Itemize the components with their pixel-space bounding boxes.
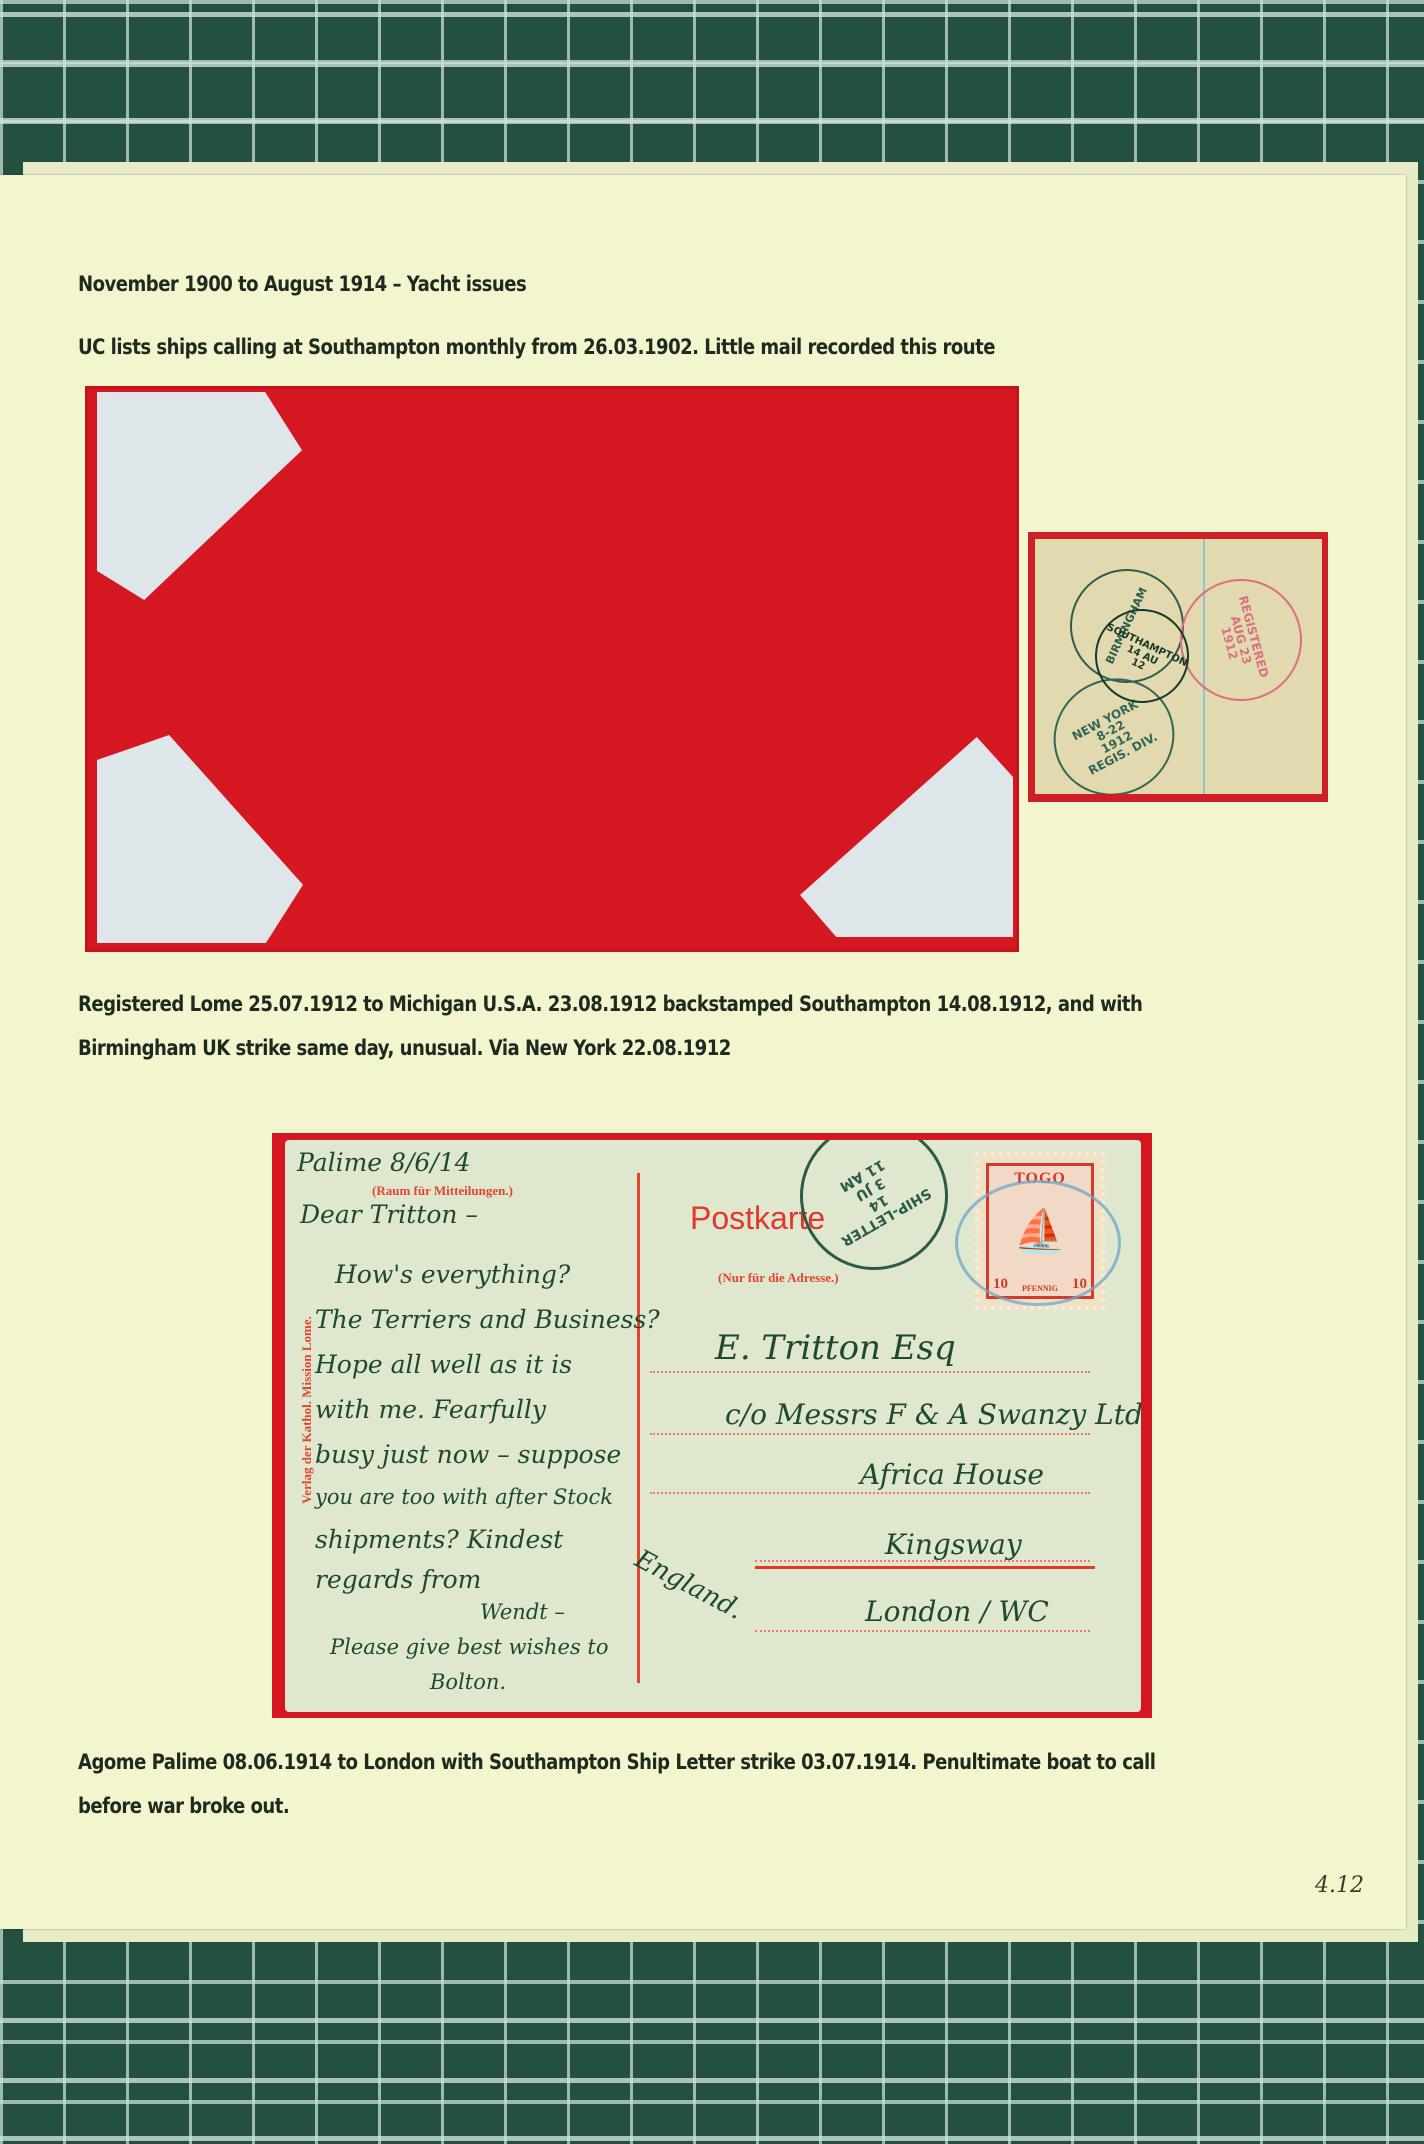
message-line: Bolton. <box>430 1670 506 1694</box>
message-line: Hope all well as it is <box>315 1350 572 1379</box>
message-line: The Terriers and Business? <box>315 1305 660 1334</box>
publisher-imprint: Verlag der Kathol. Mission Lome. <box>299 1280 315 1540</box>
message-line: Palime 8/6/14 <box>297 1148 471 1177</box>
message-line: you are too with after Stock <box>315 1485 613 1509</box>
address-line-text: London / WC <box>865 1595 1049 1628</box>
page-subheading: UC lists ships calling at Southampton mo… <box>78 335 995 359</box>
page-heading: November 1900 to August 1914 – Yacht iss… <box>78 272 526 296</box>
item1-description-line2: Birmingham UK strike same day, unusual. … <box>78 1026 731 1070</box>
postcard: (Raum für Mitteilungen.) Verlag der Kath… <box>285 1140 1141 1712</box>
address-line <box>650 1492 1090 1494</box>
message-line: Dear Tritton – <box>300 1200 478 1229</box>
underline <box>755 1566 1095 1569</box>
agome-palime-postmark <box>955 1180 1121 1306</box>
item1-description-line1: Registered Lome 25.07.1912 to Michigan U… <box>78 982 1142 1026</box>
message-line: How's everything? <box>335 1260 570 1289</box>
address-line <box>650 1433 1090 1435</box>
battle-creek-registered-postmark: REGISTERED AUG 23 1912 <box>1166 565 1315 714</box>
message-line: Please give best wishes to <box>330 1635 609 1659</box>
message-line: with me. Fearfully <box>315 1395 546 1424</box>
cover-back-piece: BIRMINGHAM REGISTERED AUG 23 1912 NEW YO… <box>1028 532 1328 802</box>
address-line-text: c/o Messrs F & A Swanzy Ltd <box>725 1398 1141 1431</box>
message-line: shipments? Kindest <box>315 1525 563 1554</box>
item2-description-line2: before war broke out. <box>78 1784 289 1828</box>
page-number: 4.12 <box>1315 1873 1364 1898</box>
address-line <box>755 1630 1090 1632</box>
message-line: Wendt – <box>480 1600 565 1624</box>
address-line-text: E. Tritton Esq <box>715 1328 956 1368</box>
message-line: regards from <box>315 1565 481 1594</box>
message-line: busy just now – suppose <box>315 1440 621 1469</box>
address-area-label: (Nur für die Adresse.) <box>718 1270 839 1286</box>
address-line-text: Kingsway <box>885 1528 1022 1561</box>
message-area-label: (Raum für Mitteilungen.) <box>372 1183 513 1199</box>
divider-line <box>637 1173 640 1683</box>
address-line-text: Africa House <box>860 1458 1044 1491</box>
item2-description-line1: Agome Palime 08.06.1914 to London with S… <box>78 1740 1155 1784</box>
address-line-text: England. <box>630 1544 748 1626</box>
address-line <box>650 1371 1090 1373</box>
